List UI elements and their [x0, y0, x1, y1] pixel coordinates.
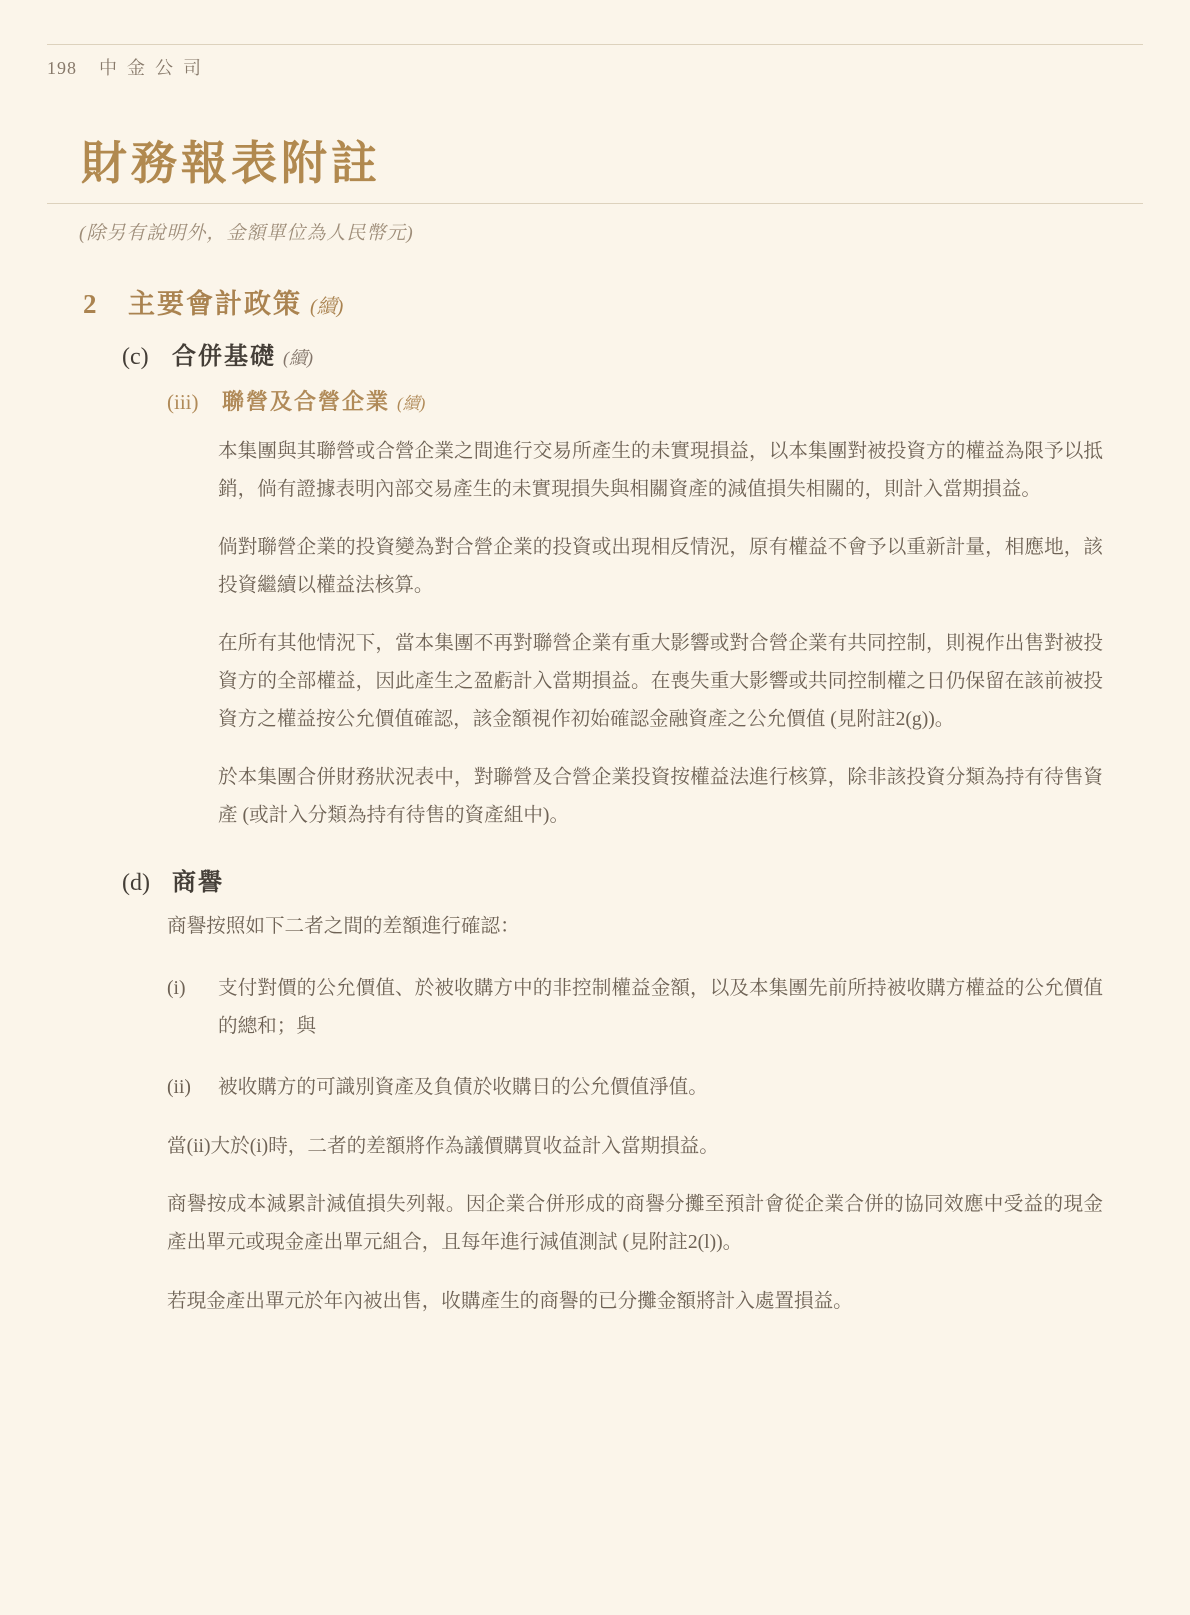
- subsection-c-title: 合併基礎: [172, 336, 276, 371]
- page-title: 財務報表附註: [81, 138, 1143, 191]
- list-item-text: 支付對價的公允價值、於被收購方中的非控制權益金額，以及本集團先前所持被收購方權益…: [218, 970, 1103, 1045]
- subsection-c-marker: (c): [122, 344, 172, 371]
- subsection-iii-title: 聯營及合營企業: [222, 385, 390, 416]
- subsection-d-heading: (d) 商譽: [122, 862, 1190, 897]
- page-number: 198: [47, 58, 77, 79]
- company-name: 中金公司: [99, 54, 211, 80]
- paragraph: 本集團與其聯營或合營企業之間進行交易所產生的未實現損益，以本集團對被投資方的權益…: [218, 433, 1103, 508]
- section-title: 主要會計政策: [128, 282, 302, 321]
- section-continued-label: (續): [310, 290, 343, 319]
- subsection-d-title: 商譽: [172, 862, 224, 897]
- subsection-c-continued-label: (續): [283, 344, 313, 370]
- subsection-iii-body: 本集團與其聯營或合營企業之間進行交易所產生的未實現損益，以本集團對被投資方的權益…: [218, 433, 1103, 834]
- subsection-d-body: 商譽按照如下二者之間的差額進行確認： (i) 支付對價的公允價值、於被收購方中的…: [167, 908, 1103, 1320]
- list-item-text: 被收購方的可識別資產及負債於收購日的公允價值淨值。: [218, 1069, 1103, 1107]
- subsection-iii-marker: (iii): [167, 390, 222, 415]
- section-number: 2: [83, 289, 128, 320]
- document-page: 198 中金公司 財務報表附註 (除另有說明外，金額單位為人民幣元) 2 主要會…: [0, 0, 1190, 1615]
- section-2-heading: 2 主要會計政策 (續): [83, 282, 1190, 321]
- subsection-iii-continued-label: (續): [397, 389, 425, 414]
- header-divider: [47, 44, 1143, 45]
- goodwill-intro: 商譽按照如下二者之間的差額進行確認：: [167, 908, 1103, 946]
- list-item-marker: (i): [167, 970, 218, 1045]
- subsection-d-marker: (d): [122, 870, 172, 897]
- paragraph: 若現金產出單元於年內被出售，收購產生的商譽的已分攤金額將計入處置損益。: [167, 1283, 1103, 1321]
- paragraph: 商譽按成本減累計減值損失列報。因企業合併形成的商譽分攤至預計會從企業合併的協同效…: [167, 1186, 1103, 1261]
- paragraph: 在所有其他情況下，當本集團不再對聯營企業有重大影響或對合營企業有共同控制，則視作…: [218, 625, 1103, 738]
- page-header: 198 中金公司: [47, 54, 1143, 80]
- paragraph: 於本集團合併財務狀況表中，對聯營及合營企業投資按權益法進行核算，除非該投資分類為…: [218, 759, 1103, 834]
- title-divider: [47, 203, 1143, 204]
- list-item-marker: (ii): [167, 1069, 218, 1107]
- subsection-c-heading: (c) 合併基礎 (續): [122, 336, 1190, 371]
- subsection-iii-heading: (iii) 聯營及合營企業 (續): [167, 385, 1190, 416]
- list-item: (ii) 被收購方的可識別資產及負債於收購日的公允價值淨值。: [167, 1069, 1103, 1107]
- paragraph: 當(ii)大於(i)時，二者的差額將作為議價購買收益計入當期損益。: [167, 1128, 1103, 1166]
- list-item: (i) 支付對價的公允價值、於被收購方中的非控制權益金額，以及本集團先前所持被收…: [167, 970, 1103, 1045]
- currency-note: (除另有說明外，金額單位為人民幣元): [79, 218, 1190, 245]
- paragraph: 倘對聯營企業的投資變為對合營企業的投資或出現相反情況，原有權益不會予以重新計量，…: [218, 529, 1103, 604]
